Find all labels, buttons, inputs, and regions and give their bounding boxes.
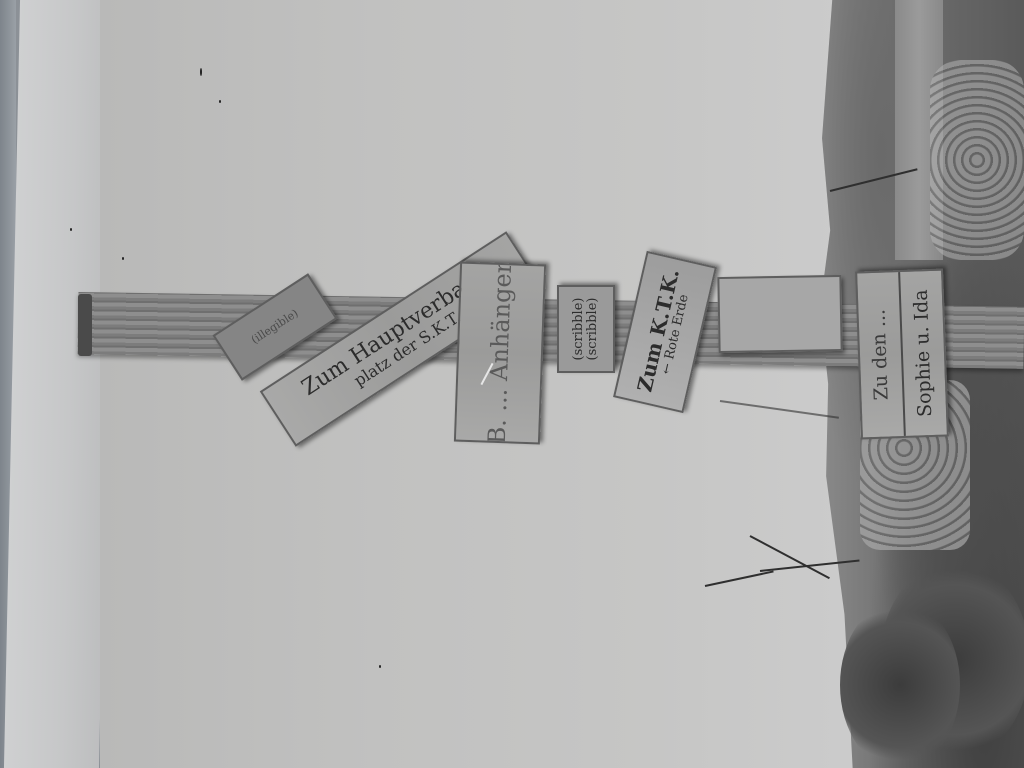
sign-faded: B. ... Anhänger — [454, 262, 546, 445]
photo-white-border — [4, 0, 115, 768]
sign-text: (scribble) — [586, 298, 600, 361]
photo-frame: (illegible) Zum Hauptverband platz der S… — [0, 0, 1024, 768]
sign-blank — [717, 275, 842, 353]
dust-speck — [219, 100, 221, 103]
sign-sophie-ida: Zu den ... Sophie u. Ida — [855, 269, 949, 440]
sign-text: Zu den ... — [857, 272, 906, 437]
sign-text: (scribble) — [572, 298, 586, 361]
dust-speck — [70, 228, 72, 231]
dust-speck — [200, 68, 202, 76]
dust-speck — [122, 257, 124, 260]
stone-wall-upper — [930, 60, 1024, 260]
sign-text: (illegible) — [249, 307, 300, 346]
post-end-grain — [78, 294, 92, 356]
dust-speck — [379, 665, 381, 668]
sign-small-square: (scribble) (scribble) — [557, 285, 615, 373]
sign-text: Sophie u. Ida — [900, 271, 947, 436]
sign-text: B. ... Anhänger — [484, 262, 517, 445]
shrub — [840, 600, 960, 768]
